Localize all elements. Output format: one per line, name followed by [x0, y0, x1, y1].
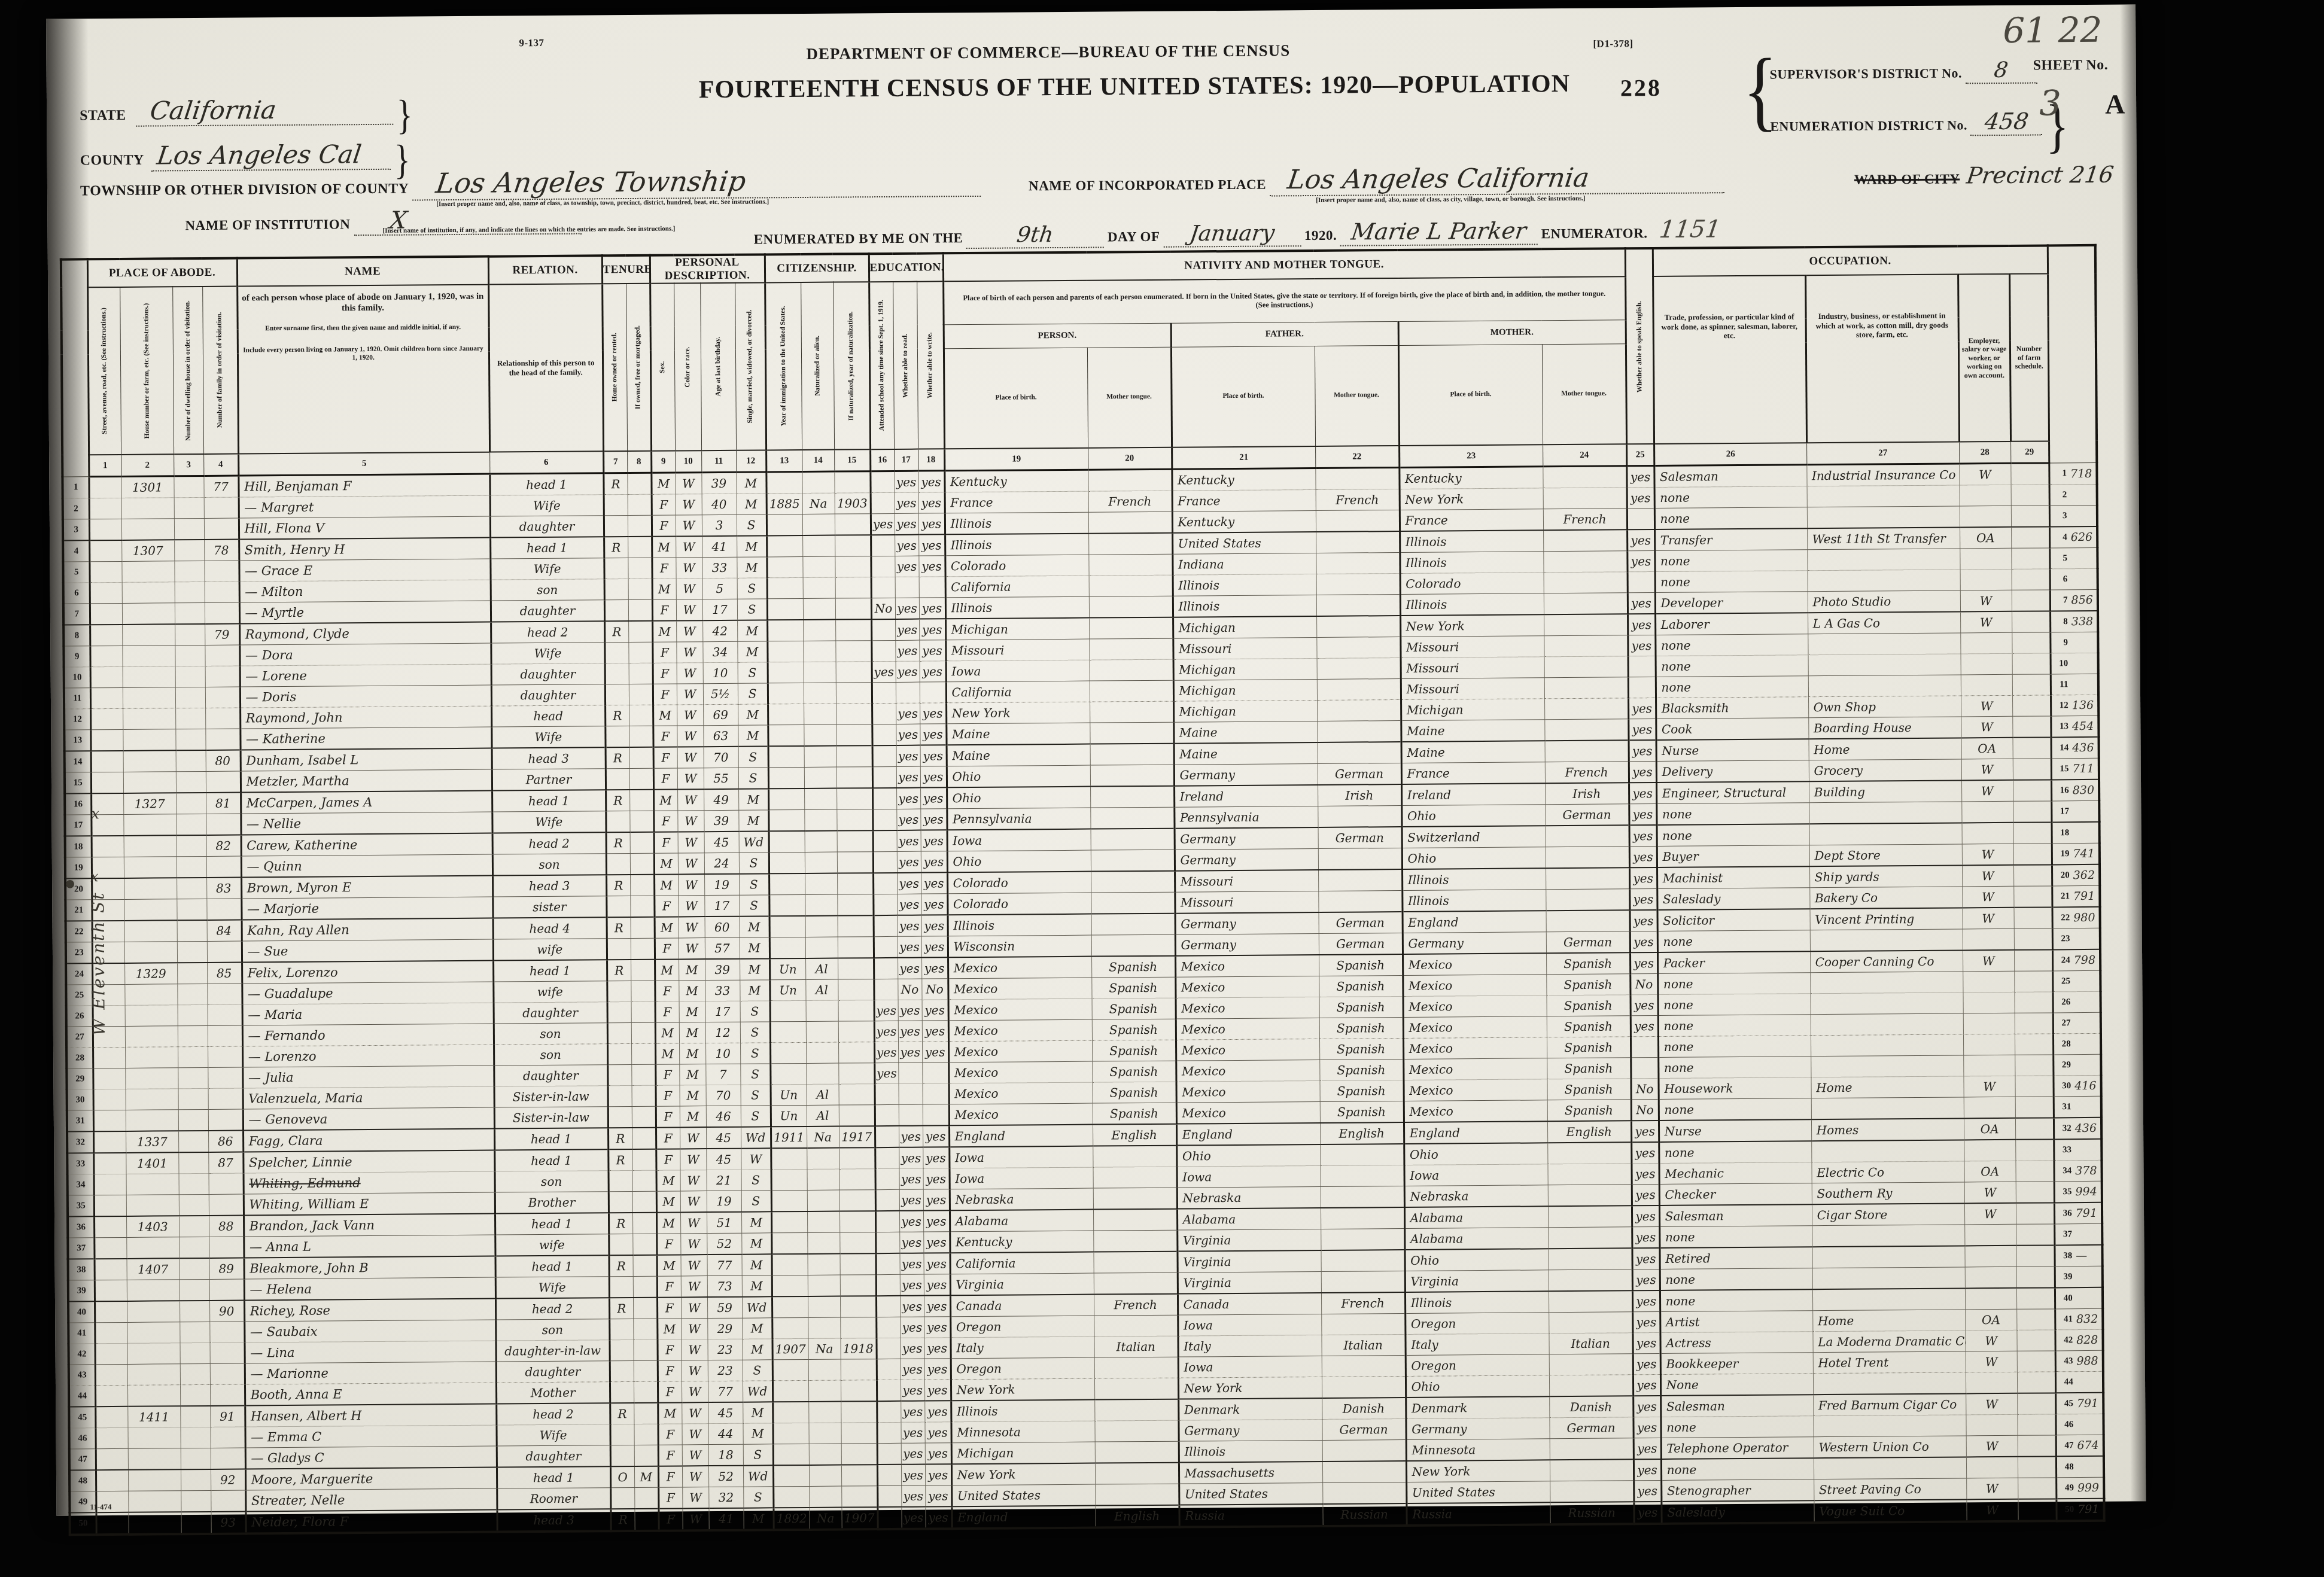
cell-mt [1094, 1252, 1178, 1273]
cell-nat [803, 598, 835, 620]
cell-rel: son [495, 1171, 609, 1192]
cell-mar: Wd [743, 1465, 773, 1487]
cell-ln: 37 [68, 1238, 94, 1259]
cell-occ: Mechanic [1659, 1162, 1812, 1185]
cell-rel: Brother [495, 1192, 609, 1214]
township-label: TOWNSHIP OR OTHER DIVISION OF COUNTY [80, 181, 409, 199]
cell-eng [1631, 1037, 1658, 1058]
cell-ind: Industrial Insurance Co [1806, 464, 1959, 486]
cell-ind: Cooper Canning Co [1810, 950, 1963, 972]
cell-emp [1961, 674, 2012, 696]
cell-mpb: Ohio [1402, 847, 1546, 869]
cell-st [91, 751, 123, 772]
cell-emp [1963, 928, 2014, 950]
column-number: 6 [489, 451, 603, 474]
cell-fpb: Missouri [1175, 891, 1318, 913]
cell-right-margin: 36791 [2054, 1202, 2102, 1224]
cell-eng: yes [1631, 1121, 1659, 1142]
cell-sex: M [654, 853, 678, 875]
cell-st [93, 1131, 126, 1153]
cell-farm [2013, 886, 2052, 908]
cell-farm [2018, 1456, 2056, 1478]
cell-fm [634, 1360, 658, 1381]
cell-fpb: Iowa [1177, 1165, 1321, 1188]
cell-fmt [1321, 1186, 1404, 1207]
column-number: 5 [238, 452, 489, 476]
cell-right-margin: 46 [2056, 1414, 2104, 1435]
margin-dot: ● [65, 877, 75, 890]
cell-own [607, 1043, 631, 1064]
cell-fpb: Mexico [1175, 976, 1319, 998]
cell-occ: Engineer, Structural [1656, 781, 1809, 803]
incorporated-note: [Insert proper name and, also, name of c… [1316, 195, 1586, 204]
cell-farm [2017, 1351, 2055, 1372]
cell-rd: yes [900, 1296, 924, 1317]
cell-eng [1628, 677, 1656, 698]
cell-imm [766, 471, 802, 493]
cell-mmt [1549, 1354, 1633, 1375]
cell-emp [1966, 1457, 2018, 1478]
cell-rel: Wife [492, 811, 606, 833]
cell-sex: M [655, 1043, 679, 1064]
cell-ind: Boarding House [1808, 717, 1961, 739]
cell-fm [629, 684, 653, 705]
cell-natyr [837, 830, 873, 852]
col-dwelling-number: Number of dwelling house in order of vis… [172, 287, 203, 454]
cell-ind: Southern Ry [1812, 1182, 1964, 1204]
column-number: 19 [944, 448, 1088, 471]
group-citizenship: CITIZENSHIP. [765, 254, 869, 282]
cell-farm [2014, 949, 2052, 971]
cell-imm [771, 1232, 807, 1254]
cell-fpb: Mexico [1176, 1080, 1320, 1103]
group-name: NAME [237, 257, 488, 287]
cell-farm [2013, 844, 2052, 865]
cell-house [123, 772, 176, 793]
cell-wr: No [921, 979, 948, 1000]
cell-farm [2015, 1097, 2054, 1118]
cell-name: Metzler, Martha [241, 769, 492, 792]
cell-dw [179, 1237, 209, 1258]
cell-imm [773, 1444, 809, 1465]
cell-farm [2018, 1478, 2056, 1499]
father-mt-label: Mother tongue. [1315, 345, 1399, 446]
cell-natyr [837, 873, 873, 894]
cell-house: 1327 [123, 793, 176, 814]
col-naturalization-year: If naturalized, year of naturalization. [833, 282, 870, 449]
cell-sex: F [658, 1466, 682, 1487]
cell-dw [176, 814, 206, 835]
cell-sch [877, 1380, 901, 1401]
cell-ind [1811, 1140, 1964, 1162]
cell-natyr [841, 1465, 877, 1486]
cell-wr: yes [923, 1125, 949, 1147]
cell-imm [767, 620, 803, 641]
cell-sex: F [652, 558, 676, 579]
cell-mar: S [741, 1170, 771, 1191]
cell-natyr [839, 1105, 875, 1127]
cell-own: R [608, 1149, 632, 1171]
cell-mpb: France [1401, 762, 1545, 784]
cell-natyr [839, 1147, 875, 1169]
cell-farm [2015, 1013, 2053, 1034]
cell-emp [1963, 1034, 2015, 1055]
cell-name: — Fernando [242, 1024, 494, 1046]
cell-ind [1809, 802, 1961, 824]
cell-emp: W [1966, 1330, 2017, 1351]
cell-eng: yes [1631, 995, 1658, 1016]
column-number: 23 [1399, 445, 1543, 467]
year-label: 1920. [1304, 228, 1337, 243]
cell-occ: Nurse [1659, 1119, 1811, 1142]
cell-pb: Illinois [945, 534, 1088, 556]
cell-mt [1089, 596, 1173, 617]
cell-mpb: France [1400, 509, 1543, 531]
cell-own [609, 1234, 632, 1255]
cell-fmt: Irish [1318, 784, 1401, 806]
cell-natyr [836, 683, 872, 704]
cell-ln: 48 [69, 1470, 96, 1491]
cell-occ: Telephone Operator [1661, 1437, 1814, 1459]
cell-st [95, 1322, 127, 1343]
cell-mmt [1549, 1269, 1632, 1291]
cell-natyr [838, 979, 874, 1000]
cell-own [604, 558, 628, 579]
cell-fmt: German [1322, 1418, 1406, 1440]
mother-mt-label: Mother tongue. [1542, 343, 1626, 445]
cell-own: R [604, 537, 628, 558]
cell-col: W [679, 938, 705, 960]
cell-sch [872, 724, 896, 745]
cell-imm [771, 1211, 807, 1233]
cell-dw [179, 1173, 209, 1194]
cell-age: 5 [702, 578, 737, 599]
cell-house: 1337 [126, 1131, 178, 1153]
cell-col: W [679, 917, 705, 938]
cell-mpb: Colorado [1400, 573, 1544, 595]
cell-pb: Michigan [951, 1442, 1095, 1464]
cell-house [124, 899, 177, 921]
cell-name: Richey, Rose [244, 1299, 495, 1322]
cell-rd: No [898, 979, 921, 1000]
cell-pb: England [952, 1506, 1096, 1529]
enumerator-label: ENUMERATOR. [1541, 226, 1648, 241]
cell-age: 5½ [703, 683, 738, 704]
cell-col: W [680, 1170, 707, 1191]
cell-ind: Western Union Co [1814, 1436, 1966, 1458]
cell-right-margin: 21791 [2052, 885, 2100, 907]
cell-own [610, 1381, 634, 1403]
cell-ind [1813, 1372, 1966, 1395]
cell-rd: yes [897, 894, 921, 915]
cell-rd: yes [901, 1422, 925, 1443]
cell-name: — Doris [240, 685, 491, 708]
cell-mar: M [738, 704, 768, 725]
cell-right-margin: 22980 [2052, 907, 2100, 928]
cell-nat [808, 1402, 841, 1423]
cell-imm [772, 1296, 808, 1318]
cell-imm: Un [771, 1084, 807, 1105]
cell-mt [1090, 765, 1174, 786]
cell-occ: Salesman [1654, 465, 1806, 488]
cell-fpb: Iowa [1178, 1314, 1321, 1336]
cell-ind [1808, 570, 1960, 592]
cell-occ: none [1654, 550, 1807, 572]
cell-farm [2012, 716, 2051, 738]
cell-right-margin: 19741 [2052, 843, 2100, 864]
cell-mmt [1550, 1481, 1634, 1502]
cell-fam [208, 1046, 242, 1067]
cell-col: M [679, 1043, 705, 1064]
cell-ln: 44 [69, 1386, 95, 1407]
cell-emp: W [1962, 886, 2013, 908]
cell-dw [180, 1258, 209, 1280]
cell-col: W [676, 599, 702, 621]
cell-wr: yes [921, 851, 947, 873]
cell-fmt: Spanish [1319, 954, 1403, 976]
cell-mpb: Kentucky [1399, 467, 1543, 489]
cell-farm [2012, 695, 2051, 716]
cell-mar: S [740, 1001, 770, 1022]
cell-mpb: Illinois [1400, 530, 1543, 552]
cell-fm [632, 1191, 656, 1213]
cell-sex: F [656, 1085, 680, 1106]
cell-mpb: Maine [1401, 720, 1544, 742]
cell-age: 33 [702, 557, 737, 578]
cell-mt [1088, 469, 1172, 491]
cell-fmt: Italian [1322, 1334, 1406, 1356]
cell-mt [1094, 1315, 1178, 1337]
cell-fmt [1320, 1144, 1404, 1165]
cell-rd: yes [895, 619, 919, 641]
cell-fam: 80 [206, 750, 241, 772]
cell-age: 17 [705, 1001, 740, 1022]
cell-farm [2015, 1118, 2054, 1139]
cell-fmt [1322, 1461, 1406, 1482]
cell-occ: Salesman [1660, 1395, 1813, 1417]
cell-wr: yes [924, 1338, 951, 1359]
cell-dw [175, 687, 205, 708]
cell-natyr [836, 724, 872, 746]
cell-col: W [676, 536, 702, 558]
cell-st [95, 1259, 127, 1280]
cell-nat [804, 788, 836, 810]
cell-fmt: German [1319, 912, 1403, 933]
cell-age: 69 [703, 704, 738, 725]
cell-eng: yes [1628, 635, 1655, 656]
cell-emp [1964, 1224, 2016, 1246]
cell-mt: English [1096, 1505, 1179, 1528]
cell-ln: 30 [67, 1089, 93, 1110]
cell-fpb: Michigan [1173, 679, 1317, 701]
cell-fpb: Illinois [1179, 1440, 1322, 1462]
cell-right-margin: 40 [2055, 1287, 2103, 1309]
cell-farm [2018, 1499, 2056, 1521]
cell-rd: yes [895, 640, 919, 661]
cell-fmt [1317, 720, 1401, 742]
doc-code: [D1-378] [1593, 38, 1633, 50]
cell-mpb: New York [1400, 488, 1543, 510]
cell-own [607, 938, 631, 960]
cell-name: — Grace E [239, 559, 490, 582]
cell-col: W [677, 684, 703, 705]
cell-mar: M [742, 1318, 772, 1339]
cell-rel: head 1 [497, 1466, 610, 1488]
cell-mpb: Maine [1401, 741, 1545, 763]
cell-right-margin: 2 [2049, 484, 2097, 506]
cell-mmt: Danish [1549, 1396, 1633, 1417]
cell-fam [205, 582, 239, 602]
cell-rel: daughter [494, 1002, 607, 1024]
cell-fpb: Germany [1179, 1419, 1322, 1441]
cell-occ: Transfer [1654, 528, 1807, 550]
cell-emp: W [1963, 908, 2014, 929]
cell-sex: M [653, 789, 677, 811]
cell-eng: yes [1630, 931, 1657, 953]
cell-fm [634, 1403, 658, 1424]
cell-sex: F [652, 642, 676, 663]
cell-natyr [836, 788, 872, 809]
cell-rel: daughter [494, 1065, 607, 1086]
cell-sch [872, 809, 896, 830]
cell-natyr [838, 1000, 874, 1021]
cell-sch [876, 1296, 900, 1317]
cell-fam [211, 1448, 245, 1469]
cell-fam: 93 [211, 1512, 245, 1534]
cell-pb: California [950, 1252, 1094, 1274]
cell-col: W [681, 1255, 707, 1276]
cell-fam: 78 [204, 540, 239, 561]
cell-imm [766, 535, 802, 557]
cell-sex: F [656, 1234, 680, 1255]
cell-right-margin: 12136 [2051, 695, 2098, 716]
cell-fpb: Germany [1174, 763, 1318, 786]
cell-name: Spelcher, Linnie [243, 1150, 494, 1173]
cell-col: W [680, 1127, 706, 1149]
cell-dw [175, 602, 205, 624]
margin-x-mark-2: x [90, 868, 99, 885]
ward-label: WARD OF CITY [1854, 171, 1960, 187]
cell-ind [1808, 675, 1961, 697]
cell-wr: yes [923, 1189, 950, 1211]
cell-fmt [1318, 890, 1402, 912]
cell-wr: yes [921, 830, 947, 851]
cell-sch [877, 1485, 901, 1507]
cell-name: — Anna L [244, 1235, 495, 1258]
cell-right-margin: 8338 [2050, 611, 2098, 632]
cell-house [127, 1322, 180, 1344]
cell-col: W [677, 705, 703, 726]
cell-fm [631, 1022, 655, 1043]
cell-dw [176, 793, 206, 814]
cell-mpb: Italy [1406, 1334, 1549, 1356]
cell-farm [2017, 1330, 2055, 1351]
cell-fpb: Germany [1175, 933, 1319, 955]
cell-sch [871, 492, 895, 513]
cell-fmt [1321, 1250, 1405, 1271]
cell-ind: Vogue Suit Co [1814, 1499, 1966, 1523]
cell-farm [2018, 1435, 2056, 1457]
cell-mpb: Ohio [1406, 1375, 1549, 1398]
cell-fm [632, 1106, 656, 1128]
cell-sch: No [871, 598, 895, 619]
cell-pb: Colorado [947, 872, 1091, 894]
cell-name: Hill, Benjaman F [238, 474, 489, 497]
cell-own: R [607, 960, 631, 981]
cell-mmt [1548, 1185, 1632, 1206]
cell-house [123, 750, 176, 772]
cell-natyr [841, 1359, 877, 1380]
cell-house [126, 1089, 178, 1110]
cell-mt [1093, 1167, 1177, 1188]
cell-rel: son [491, 579, 604, 601]
cell-rd: yes [899, 1211, 923, 1232]
cell-own: O [610, 1466, 634, 1488]
cell-mar: M [742, 1254, 772, 1275]
cell-rel: head 1 [495, 1255, 609, 1277]
stamp-228: 228 [1620, 74, 1662, 102]
cell-fm [631, 938, 655, 960]
cell-own [610, 1339, 634, 1360]
cell-house [125, 1068, 178, 1089]
cell-emp: W [1960, 590, 2012, 611]
cell-rel: head 1 [494, 1149, 608, 1171]
cell-st [89, 561, 121, 582]
cell-mmt [1547, 1142, 1631, 1164]
cell-farm [2016, 1287, 2055, 1309]
cell-mpb: Germany [1403, 932, 1546, 954]
cell-eng: yes [1634, 1459, 1661, 1481]
cell-nat [805, 873, 837, 895]
cell-wr: yes [926, 1506, 952, 1529]
cell-st [95, 1406, 127, 1428]
cell-natyr [835, 556, 871, 577]
cell-rd: yes [901, 1359, 924, 1380]
cell-nat [806, 1042, 838, 1063]
cell-house [127, 1385, 180, 1406]
cell-pb: New York [951, 1463, 1095, 1485]
cell-age: 59 [707, 1297, 742, 1319]
cell-mmt: Spanish [1547, 1079, 1631, 1100]
cell-mmt [1544, 656, 1628, 678]
cell-rd: yes [895, 598, 919, 619]
cell-col: W [678, 853, 704, 875]
cell-mar: S [739, 853, 769, 874]
cell-mar: S [737, 599, 767, 620]
cell-mmt [1549, 1290, 1632, 1312]
cell-sch [871, 577, 895, 598]
mother-pob-label: Place of birth. [1398, 344, 1543, 446]
cell-mmt: Spanish [1546, 952, 1630, 974]
cell-sch [876, 1253, 900, 1275]
cell-own [608, 1106, 632, 1128]
cell-rel: Partner [492, 769, 606, 791]
cell-sex: F [654, 896, 678, 917]
enumeration-month: January [1188, 221, 1276, 246]
cell-house [126, 1110, 178, 1131]
cell-ind [1813, 1415, 1966, 1437]
cell-farm [2015, 1076, 2054, 1097]
cell-emp: OA [1961, 738, 2013, 759]
cell-dw [180, 1279, 209, 1301]
cell-mpb: Ohio [1401, 805, 1545, 827]
cell-name: — Emma C [245, 1425, 497, 1448]
cell-age: 19 [707, 1191, 741, 1212]
cell-eng: yes [1632, 1227, 1659, 1249]
cell-fm [628, 494, 652, 515]
cell-fmt [1318, 848, 1402, 869]
cell-name: Raymond, Clyde [239, 622, 491, 645]
